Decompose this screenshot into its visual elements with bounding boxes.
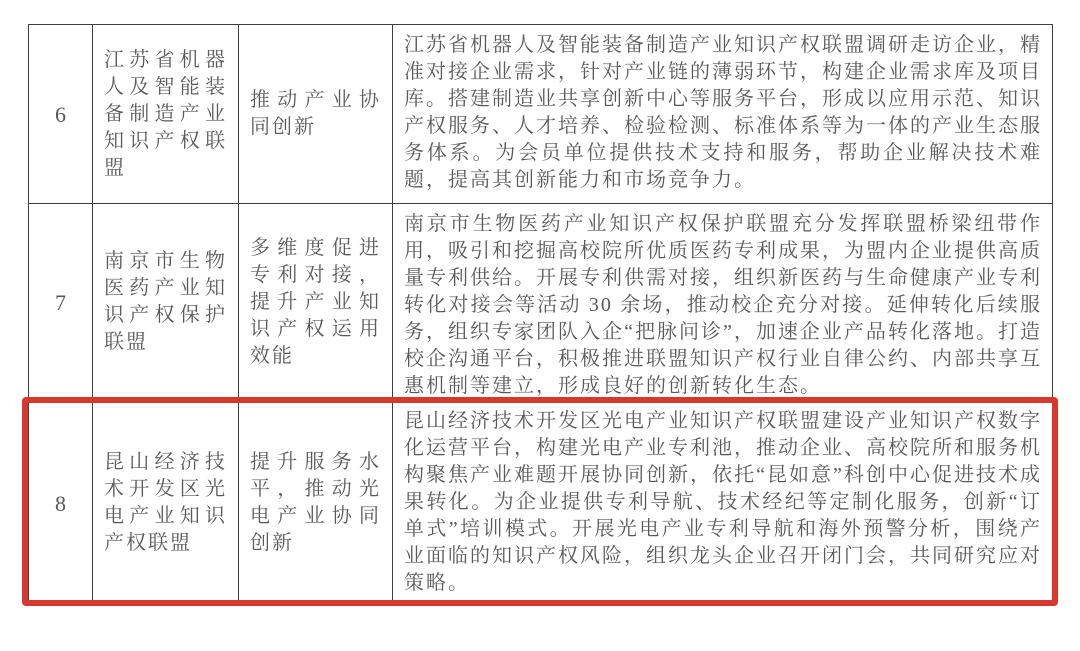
approach-cell: 提升服务水平，推动光电产业协同创新 (239, 401, 393, 606)
scanned-document-page: 6 江苏省机器人及智能装备制造产业知识产权联盟 推动产业协同创新 江苏省机器人及… (28, 24, 1052, 604)
row-number-cell: 8 (29, 401, 93, 606)
table-row: 7 南京市生物医药产业知识产权保护联盟 多维度促进专利对接，提升产业知识产权运用… (29, 204, 1053, 401)
description-cell: 昆山经济技术开发区光电产业知识产权联盟建设产业知识产权数字化运营平台，构建光电产… (393, 401, 1053, 606)
description-cell: 南京市生物医药产业知识产权保护联盟充分发挥联盟桥梁纽带作用，吸引和挖掘高校院所优… (393, 204, 1053, 401)
alliance-name-cell: 昆山经济技术开发区光电产业知识产权联盟 (93, 401, 239, 606)
alliance-table: 6 江苏省机器人及智能装备制造产业知识产权联盟 推动产业协同创新 江苏省机器人及… (28, 24, 1053, 606)
table-row-highlighted: 8 昆山经济技术开发区光电产业知识产权联盟 提升服务水平，推动光电产业协同创新 … (29, 401, 1053, 606)
row-number-cell: 7 (29, 204, 93, 401)
table-row: 6 江苏省机器人及智能装备制造产业知识产权联盟 推动产业协同创新 江苏省机器人及… (29, 25, 1053, 204)
description-cell: 江苏省机器人及智能装备制造产业知识产权联盟调研走访企业，精准对接企业需求，针对产… (393, 25, 1053, 204)
approach-cell: 推动产业协同创新 (239, 25, 393, 204)
approach-cell: 多维度促进专利对接，提升产业知识产权运用效能 (239, 204, 393, 401)
alliance-name-cell: 南京市生物医药产业知识产权保护联盟 (93, 204, 239, 401)
row-number-cell: 6 (29, 25, 93, 204)
alliance-name-cell: 江苏省机器人及智能装备制造产业知识产权联盟 (93, 25, 239, 204)
